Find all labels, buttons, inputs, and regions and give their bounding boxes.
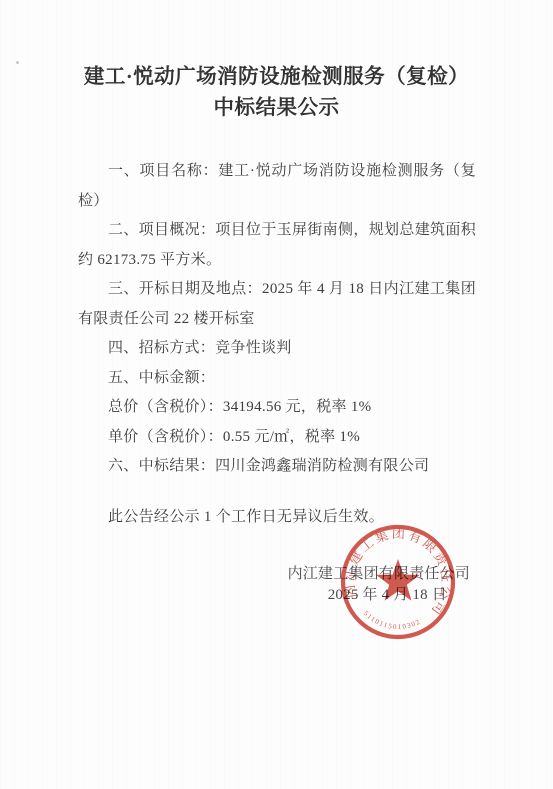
title-line-1: 建工·悦动广场消防设施检测服务（复检） <box>0 62 553 93</box>
document-page: 建工·悦动广场消防设施检测服务（复检） 中标结果公示 一、项目名称：建工·悦动广… <box>0 0 553 789</box>
paragraph-project-overview: 二、项目概况：项目位于玉屏街南侧，规划总建筑面积约 62173.75 平方米。 <box>78 216 476 275</box>
official-seal: 内江建工集团有限责任公司 5110115010302 <box>339 523 457 641</box>
scan-artifact-dot <box>16 61 19 64</box>
paragraph-unit-price: 单价（含税价）：0.55 元/㎡，税率 1% <box>78 423 476 453</box>
seal-star-icon <box>376 559 420 601</box>
document-body: 一、项目名称：建工·悦动广场消防设施检测服务（复检） 二、项目概况：项目位于玉屏… <box>78 157 476 532</box>
paragraph-bid-opening: 三、开标日期及地点：2025 年 4 月 18 日内江建工集团有限责任公司 22… <box>78 275 476 334</box>
paragraph-total-price: 总价（含税价）：34194.56 元，税率 1% <box>78 393 476 423</box>
title-line-2: 中标结果公示 <box>0 93 553 124</box>
paragraph-award-result: 六、中标结果：四川金鸿鑫瑞消防检测有限公司 <box>78 452 476 482</box>
paragraph-project-name: 一、项目名称：建工·悦动广场消防设施检测服务（复检） <box>78 157 476 216</box>
document-title: 建工·悦动广场消防设施检测服务（复检） 中标结果公示 <box>0 62 553 124</box>
paragraph-award-amount: 五、中标金额： <box>78 364 476 394</box>
paragraph-tender-method: 四、招标方式：竞争性谈判 <box>78 334 476 364</box>
